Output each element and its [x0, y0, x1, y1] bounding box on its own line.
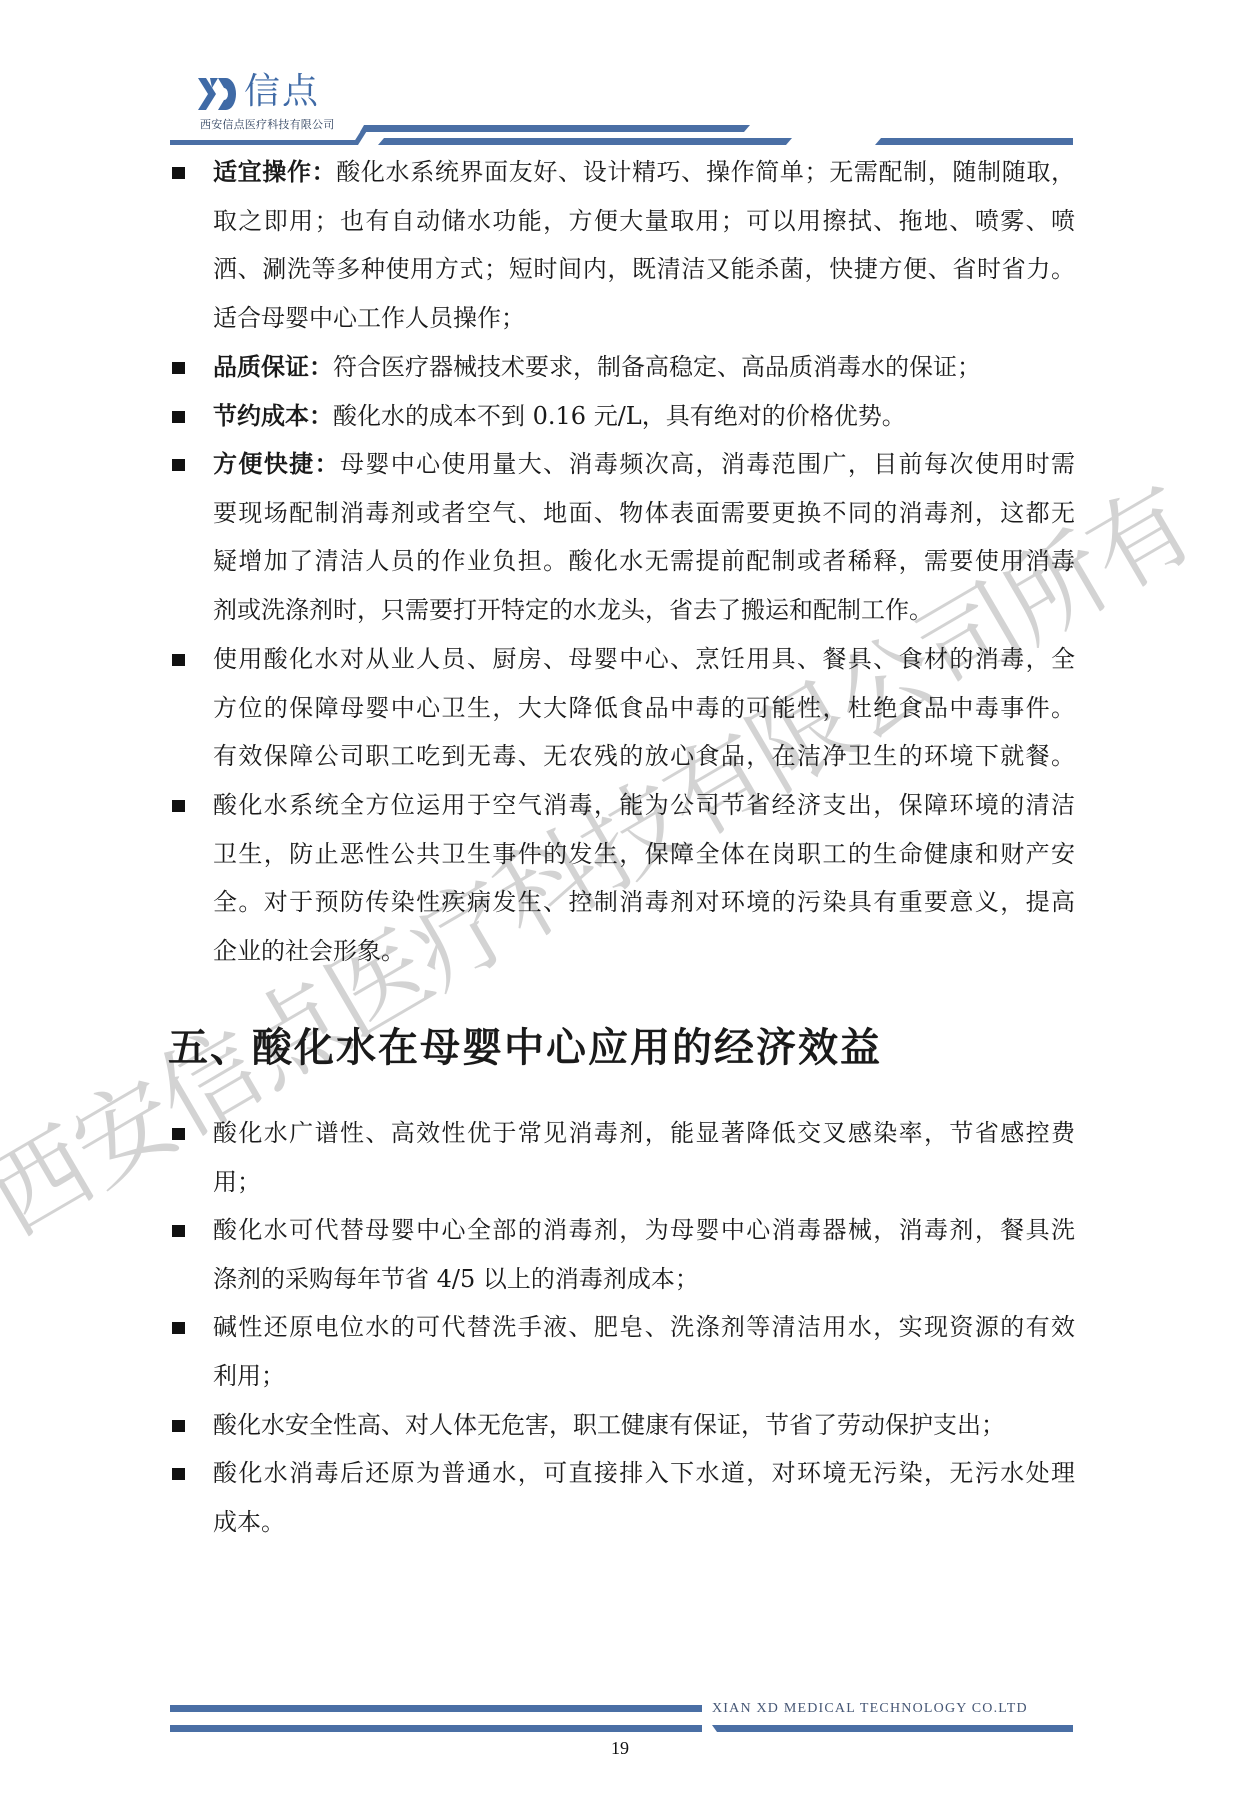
list-item-cost-saving: 节约成本：酸化水的成本不到 0.16 元/L，具有绝对的价格优势。 — [213, 392, 1075, 441]
page-number: 19 — [611, 1738, 629, 1758]
list-item-environment: 酸化水消毒后还原为普通水，可直接排入下水道，对环境无污染，无污水处理 成本。 — [213, 1449, 1075, 1546]
footer-bar-bottom-right — [712, 1725, 1073, 1733]
item-lead: 品质保证： — [213, 352, 333, 381]
list-item-air-disinfection: 酸化水系统全方位运用于空气消毒，能为公司节省经济支出，保障环境的清洁 卫生，防止… — [213, 781, 1075, 976]
list-item-quality-assurance: 品质保证：符合医疗器械技术要求，制备高稳定、高品质消毒水的保证； — [213, 343, 1075, 392]
list-item-safety: 酸化水安全性高、对人体无危害，职工健康有保证，节省了劳动保护支出； — [213, 1401, 1075, 1450]
bullet-square-icon — [172, 459, 185, 471]
list-item-suitable-operation: 适宜操作：酸化水系统界面友好、设计精巧、操作简单；无需配制，随制随取， 取之即用… — [213, 148, 1075, 343]
header-bar-lower-middle — [378, 138, 792, 146]
list-item-alkaline-water: 碱性还原电位水的可代替洗手液、肥皂、洗涤剂等清洁用水，实现资源的有效 利用； — [213, 1303, 1075, 1400]
bullet-square-icon — [172, 1128, 185, 1140]
xd-logo-icon — [198, 78, 236, 110]
footer-company-name: XIAN XD MEDICAL TECHNOLOGY CO.LTD — [712, 1700, 1028, 1717]
bullet-square-icon — [172, 362, 185, 374]
logo-name: 信点 — [244, 72, 320, 112]
footer-bar-top-left — [170, 1705, 702, 1712]
bullet-square-icon — [172, 411, 185, 423]
logo-subtitle: 西安信点医疗科技有限公司 — [200, 118, 334, 132]
bullet-square-icon — [172, 1225, 185, 1237]
item-lead: 节约成本： — [213, 401, 333, 430]
section-heading: 五、酸化水在母婴中心应用的经济效益 — [168, 1020, 882, 1076]
bullet-square-icon — [172, 1420, 185, 1432]
bullet-square-icon — [172, 1468, 185, 1480]
item-lead: 方便快捷： — [213, 449, 340, 478]
bullet-square-icon — [172, 1322, 185, 1334]
header-bar-right — [875, 138, 1073, 146]
header-bar-lower-left — [170, 140, 357, 145]
bullet-square-icon — [172, 800, 185, 812]
list-item-convenience: 方便快捷：母婴中心使用量大、消毒频次高，消毒范围广，目前每次使用时需 要现场配制… — [213, 440, 1075, 635]
bullet-square-icon — [172, 654, 185, 666]
list-item-broad-spectrum: 酸化水广谱性、高效性优于常见消毒剂，能显著降低交叉感染率，节省感控费 用； — [213, 1109, 1075, 1206]
header-bar-upper — [360, 125, 750, 133]
footer-bar-bottom-left — [170, 1725, 702, 1732]
item-lead: 适宜操作： — [213, 157, 336, 186]
list-item-replace-disinfectants: 酸化水可代替母婴中心全部的消毒剂，为母婴中心消毒器械，消毒剂，餐具洗 涤剂的采购… — [213, 1206, 1075, 1303]
bullet-square-icon — [172, 167, 185, 179]
list-item-food-safety: 使用酸化水对从业人员、厨房、母婴中心、烹饪用具、餐具、食材的消毒，全 方位的保障… — [213, 635, 1075, 781]
